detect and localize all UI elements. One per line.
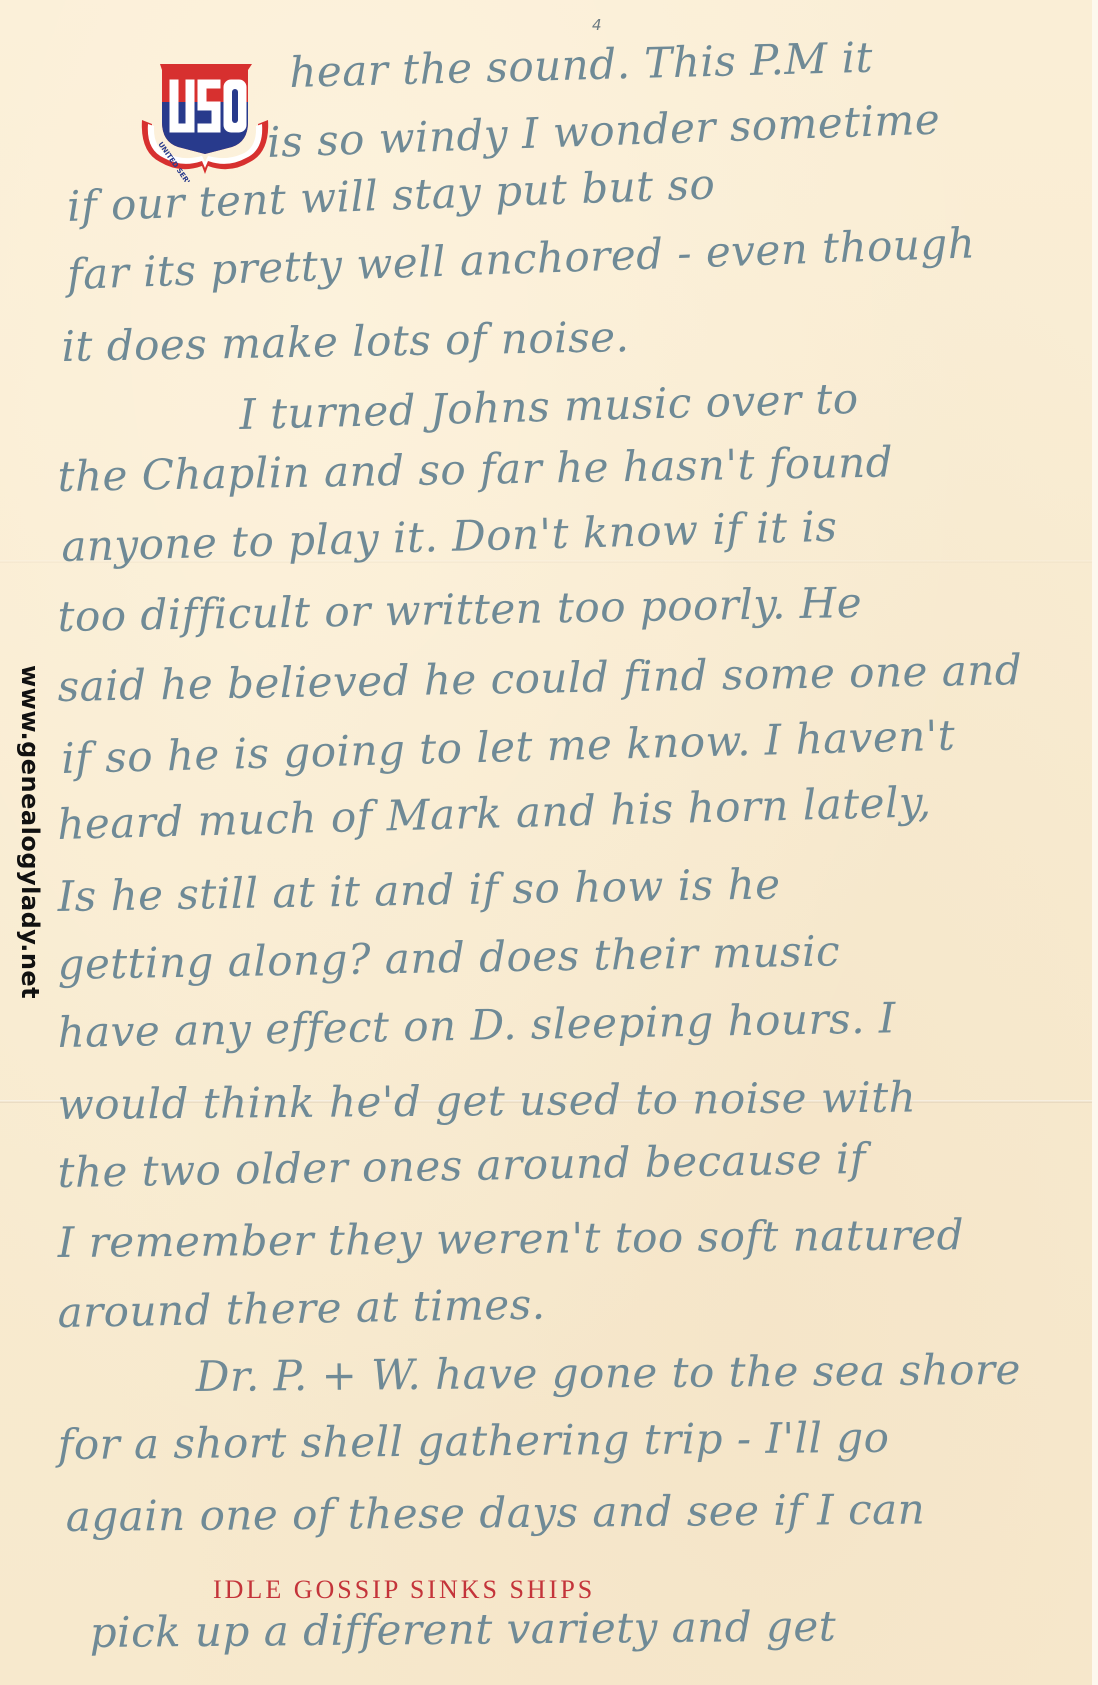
footer-slogan: IDLE GOSSIP SINKS SHIPS (213, 1575, 595, 1605)
handwritten-line: it does make lots of noise. (61, 312, 630, 371)
uso-logo: UNITED SERVICE (140, 62, 270, 182)
handwritten-line: around there at times. (57, 1279, 546, 1337)
handwritten-line: would think he'd get used to noise with (58, 1073, 917, 1129)
handwritten-line: pick up a different variety and get (90, 1601, 837, 1657)
watermark: www.genealogylady.net (16, 665, 44, 999)
page-number: 4 (592, 16, 602, 34)
handwritten-line: again one of these days and see if I can (66, 1485, 926, 1541)
handwritten-line: for a short shell gathering trip - I'll … (58, 1413, 890, 1469)
paper-edge (1092, 0, 1098, 1685)
uso-shield-icon: UNITED SERVICE (140, 62, 270, 182)
handwritten-line: I remember they weren't too soft natured (58, 1210, 965, 1267)
handwritten-line: Dr. P. + W. have gone to the sea shore (196, 1345, 1021, 1401)
